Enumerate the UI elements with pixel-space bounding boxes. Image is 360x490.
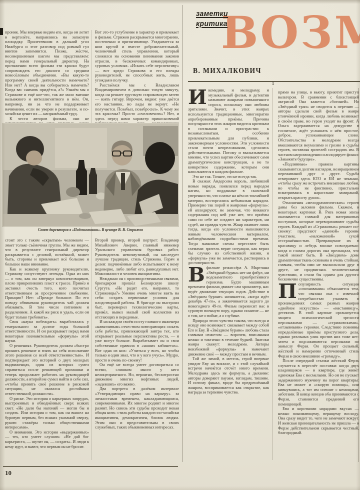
paragraph: Он ещё не всегда умеет договориться со в… bbox=[95, 363, 179, 387]
paragraph: Расстаёмся мы с Владиславом Владимирович… bbox=[95, 83, 179, 124]
paragraph: И на каждом своём посту главного инженер… bbox=[95, 320, 179, 363]
photo-caption: Совет директоров в «Подмигивании». В цен… bbox=[3, 228, 178, 236]
paragraph: О внимании. Это история «выдержанных» — … bbox=[5, 430, 89, 449]
photo-caption-text: Совет директоров в «Подмигивании». В цен… bbox=[3, 228, 178, 232]
column-divider bbox=[182, 5, 183, 462]
section-number: 1 bbox=[188, 81, 358, 87]
paragraph: Икомедию, и мелодраму, и музыкальный фил… bbox=[188, 88, 269, 174]
paragraph: Той же зимой, в метель, герой впервые ув… bbox=[188, 357, 269, 395]
article-column-1-bottom: стоит это с таким «скрытым» человеком — … bbox=[5, 238, 89, 460]
paragraph: Природа этого чувства такова, что всегда… bbox=[188, 318, 269, 356]
article-column-3: Икомедию, и мелодраму, и музыкальный фил… bbox=[188, 88, 269, 460]
paragraph: Ева и короткими нарядами вкусна — нежно … bbox=[278, 407, 359, 436]
paragraph: Вфильме режиссёра А. Мкртчяна «Звёздный … bbox=[188, 265, 269, 318]
paragraph: Своя «наука побеждать» выработалась у ге… bbox=[5, 320, 89, 344]
magazine-page: заметки критика ВОЗМ В. МИХАЛКОВИЧ 1 про… bbox=[0, 0, 360, 490]
drop-cap: П bbox=[278, 283, 297, 300]
paragraph: Отношения «мелодраматических» героев дан… bbox=[278, 200, 359, 282]
article-column-4: прямо на улице, в вьюгу, приютит приступ… bbox=[278, 90, 359, 460]
paragraph: Два портрета в далёком интервале «Утверж… bbox=[95, 387, 179, 430]
page-title: ВОЗМ bbox=[221, 12, 360, 56]
paragraph: В сказках Андерсена король, любивший нов… bbox=[188, 179, 269, 265]
column-divider bbox=[272, 88, 273, 460]
paragraph: К чести авторов фильма, они не останавли… bbox=[5, 116, 89, 124]
paragraph: стоит это с таким «скрытым» человеком — … bbox=[5, 238, 89, 267]
paragraph: О риске. Это история о карьерных запруда… bbox=[5, 396, 89, 430]
article-column-2-top: Вот это-то углубление в характер и привл… bbox=[95, 30, 179, 124]
scan-artifact bbox=[0, 28, 3, 35]
paragraph: Вот это-то углубление в характер и привл… bbox=[95, 30, 179, 83]
paragraph: прямо на улице, в вьюгу, приютит приступ… bbox=[278, 90, 359, 162]
paragraph: Второй пример, второй портрет: Владимир … bbox=[95, 238, 179, 276]
paragraph: Как и всякому крупному руководителю, Стр… bbox=[5, 267, 89, 320]
paragraph: О решениях. Руководитель должен «быстро … bbox=[5, 344, 89, 397]
rubric-line-1: заметки bbox=[196, 10, 228, 20]
drop-cap: В bbox=[188, 266, 205, 283]
footer-rule bbox=[3, 466, 178, 467]
column-divider bbox=[91, 30, 92, 460]
paragraph: проник. Мы впервые видим его, когда он л… bbox=[5, 30, 89, 116]
paragraph: Популярность ситуации «опознавания» объя… bbox=[278, 282, 359, 359]
paragraph: Нежданно он с производственными связями,… bbox=[95, 276, 179, 319]
rubric-line-2: критика bbox=[196, 20, 228, 30]
paragraph: «Подлинные» правила картины сказываются … bbox=[278, 162, 359, 200]
paragraph: После очередной стычки жёсткий Ферзь слу… bbox=[278, 359, 359, 407]
drop-cap: И bbox=[188, 89, 207, 106]
film-still-illustration bbox=[3, 124, 178, 226]
rubric-label: заметки критика bbox=[196, 10, 228, 29]
article-column-1-top: проник. Мы впервые видим его, когда он л… bbox=[5, 30, 89, 124]
page-number: 10 bbox=[5, 470, 12, 477]
film-still-photo bbox=[3, 124, 178, 226]
author-name: В. МИХАЛКОВИЧ bbox=[193, 68, 261, 75]
article-column-2-bottom: Второй пример, второй портрет: Владимир … bbox=[95, 238, 179, 460]
